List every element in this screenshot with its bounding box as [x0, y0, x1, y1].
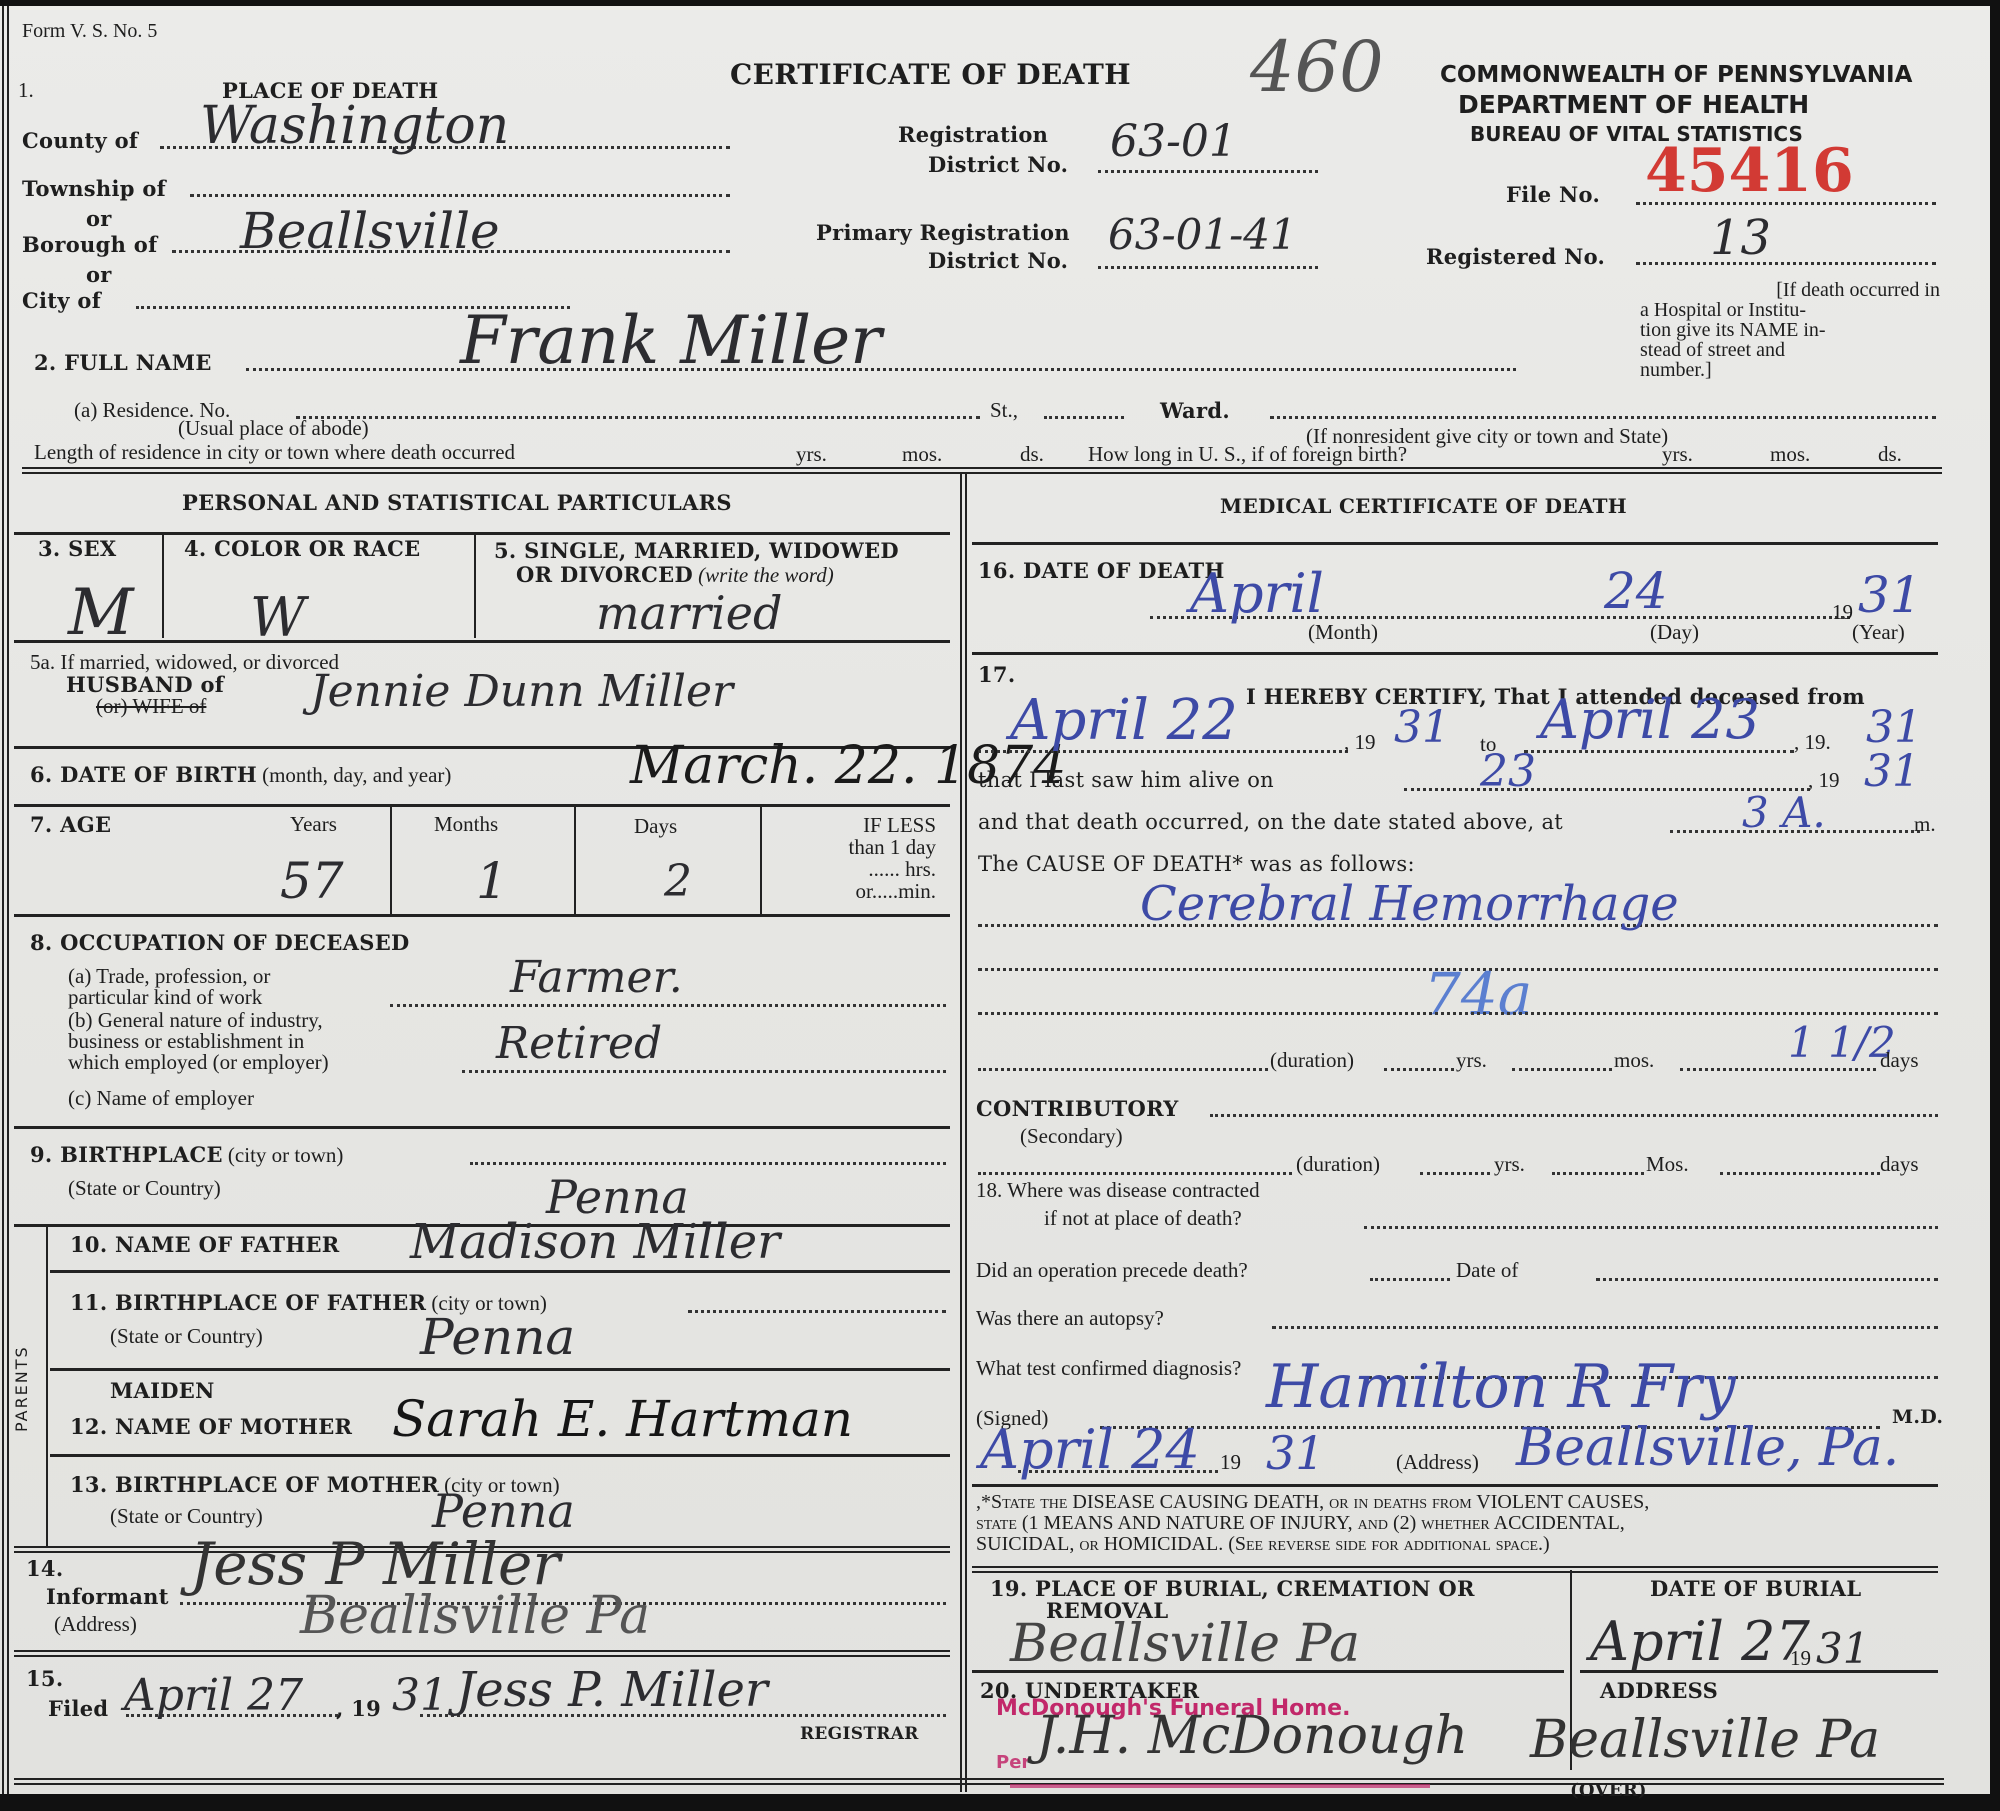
registration-district-field[interactable]: [1098, 170, 1318, 173]
yrs-label: yrs.: [796, 442, 827, 467]
registered-no-field[interactable]: [1636, 262, 1936, 265]
over-label: (OVER): [1570, 1780, 1647, 1801]
to-year-prefix: , 19.: [1794, 730, 1831, 755]
age-months-value: 1: [476, 852, 508, 910]
undertaker-signature: J.H. McDonough: [1036, 1706, 1468, 1766]
registration-district-value: 63-01: [1110, 116, 1237, 167]
stamp-underline: [1010, 1784, 1430, 1788]
operation-label: Did an operation precede death?: [976, 1258, 1248, 1283]
township-label: Township of: [22, 176, 166, 201]
months-label: Months: [434, 812, 498, 837]
divider: [390, 806, 392, 914]
section-1-number: 1.: [18, 78, 34, 103]
county-value: Washington: [200, 96, 509, 156]
last-saw-label: that I last saw him alive on: [978, 768, 1274, 792]
file-no-stamp: 45416: [1645, 136, 1854, 206]
us-ds-label: ds.: [1878, 442, 1902, 467]
mother-name-value: Sarah E. Hartman: [392, 1390, 853, 1448]
divider: [14, 914, 950, 917]
dob-label: 6. DATE OF BIRTH (month, day, and year): [30, 762, 451, 788]
years-label: Years: [290, 812, 337, 837]
month-caption: (Month): [1308, 620, 1378, 645]
operation-field[interactable]: [1370, 1278, 1450, 1281]
top-section-divider: [22, 467, 1942, 474]
burial-place-value: Beallsville Pa: [1010, 1614, 1360, 1674]
divider: [50, 1454, 950, 1457]
divider: [1580, 1670, 1938, 1673]
last-saw-value: 23: [1480, 746, 1536, 797]
primary-district-field[interactable]: [1098, 266, 1318, 269]
physician-address-value: Beallsville, Pa.: [1516, 1418, 1899, 1478]
age-label: 7. AGE: [30, 812, 111, 837]
duration2-yrs-label: yrs.: [1494, 1152, 1525, 1177]
street-field[interactable]: [1044, 416, 1124, 419]
footnote: ,*State the DISEASE CAUSING DEATH, or in…: [976, 1492, 1649, 1555]
father-name-label: 10. NAME OF FATHER: [70, 1232, 340, 1257]
birthplace-label: 9. BIRTHPLACE (city or town): [30, 1142, 343, 1168]
or-label: or: [86, 206, 112, 231]
duration-field[interactable]: [978, 1068, 1268, 1071]
employer-label: (c) Name of employer: [68, 1086, 254, 1111]
burial-year-value: 31: [1816, 1624, 1869, 1673]
undertaker-per: Per: [996, 1752, 1030, 1773]
city-label: City of: [22, 288, 101, 313]
parents-side-label: PARENTS: [12, 1345, 31, 1432]
primary-district-label: District No.: [928, 248, 1068, 273]
physician-address-label: (Address): [1396, 1450, 1479, 1475]
filed-number: 15.: [26, 1666, 63, 1691]
death-month-value: April: [1190, 562, 1324, 625]
disease-contracted-sublabel: if not at place of death?: [1044, 1206, 1242, 1231]
registration-district-label: District No.: [928, 152, 1068, 177]
divider: [14, 640, 950, 643]
or-label: or: [86, 262, 112, 287]
residence-sublabel: (Usual place of abode): [178, 416, 369, 441]
divider: [14, 804, 950, 807]
duration-yrs-field[interactable]: [1384, 1068, 1454, 1071]
duration-mos-label: mos.: [1614, 1048, 1654, 1073]
informant-label: Informant: [46, 1584, 169, 1609]
sex-label: 3. SEX: [38, 536, 117, 561]
year-caption: (Year): [1852, 620, 1905, 645]
certificate-paper: Form V. S. No. 5 CERTIFICATE OF DEATH 46…: [0, 6, 1990, 1794]
us-yrs-label: yrs.: [1662, 442, 1693, 467]
divider: [760, 806, 762, 914]
duration-yrs-label: yrs.: [1456, 1048, 1487, 1073]
filed-label: Filed: [48, 1696, 108, 1721]
mother-name-label: 12. NAME OF MOTHER: [70, 1414, 352, 1439]
occupation-b-field[interactable]: [462, 1070, 946, 1073]
signed-date-value: April 24: [980, 1418, 1200, 1481]
informant-address-value: Beallsville Pa: [300, 1586, 650, 1646]
test-diagnosis-label: What test confirmed diagnosis?: [976, 1356, 1241, 1381]
duration-mos-field[interactable]: [1512, 1068, 1612, 1071]
death-day-value: 24: [1604, 562, 1668, 620]
death-year-prefix: 19: [1832, 600, 1853, 625]
disease-contracted-label: 18. Where was disease contracted: [976, 1178, 1260, 1203]
duration2-mos-field[interactable]: [1552, 1172, 1644, 1175]
contributory-label: CONTRIBUTORY: [976, 1096, 1179, 1121]
occupation-b-value: Retired: [496, 1018, 662, 1069]
father-birthplace-field[interactable]: [688, 1310, 946, 1313]
less-than-day-label: IF LESS than 1 day ...... hrs. or.....mi…: [794, 814, 936, 902]
contributory-field[interactable]: [1210, 1114, 1938, 1117]
borough-value: Beallsville: [240, 202, 500, 260]
medical-heading: MEDICAL CERTIFICATE OF DEATH: [1220, 494, 1627, 518]
attended-from-value: April 22: [1010, 688, 1238, 753]
divider: [14, 1650, 950, 1657]
occupation-a-field[interactable]: [390, 1004, 946, 1007]
occupation-a-value: Farmer.: [510, 952, 683, 1003]
residence-field[interactable]: [296, 416, 980, 419]
marital-label: 5. SINGLE, MARRIED, WIDOWED: [494, 538, 899, 563]
primary-district-value: 63-01-41: [1108, 210, 1297, 259]
us-mos-label: mos.: [1770, 442, 1810, 467]
attended-to-value: April 23: [1540, 688, 1760, 751]
personal-heading: PERSONAL AND STATISTICAL PARTICULARS: [182, 490, 732, 515]
agency-line2: DEPARTMENT OF HEALTH: [1458, 90, 1809, 119]
death-year-value: 31: [1858, 566, 1922, 624]
signed-year-value: 31: [1266, 1426, 1325, 1480]
disease-contracted-field[interactable]: [1364, 1226, 1938, 1229]
ward-label: Ward.: [1160, 398, 1230, 423]
physician-signature: Hamilton R Fry: [1266, 1352, 1736, 1422]
form-number: Form V. S. No. 5: [22, 20, 157, 43]
hospital-note: [If death occurred in a Hospital or Inst…: [1640, 280, 1940, 380]
left-border: [2, 6, 9, 1794]
filed-date-value: April 27: [124, 1670, 303, 1721]
sex-value: M: [68, 576, 134, 650]
duration-days-field[interactable]: [1680, 1068, 1876, 1071]
divider: [574, 806, 576, 914]
autopsy-field[interactable]: [1272, 1326, 1938, 1329]
bottom-divider: [14, 1778, 1944, 1785]
mos-label: mos.: [902, 442, 942, 467]
age-years-value: 57: [280, 852, 344, 910]
cause-of-death-label: The CAUSE OF DEATH* was as follows:: [978, 852, 1415, 876]
death-time-value: 3 A.: [1742, 788, 1826, 837]
informant-number: 14.: [26, 1556, 63, 1581]
registrar-label: REGISTRAR: [800, 1724, 919, 1744]
birthplace-city-field[interactable]: [470, 1162, 946, 1165]
father-name-value: Madison Miller: [410, 1214, 780, 1270]
informant-address-label: (Address): [54, 1612, 137, 1637]
file-no-label: File No.: [1506, 182, 1600, 207]
last-saw-year-value: 31: [1864, 746, 1920, 797]
burial-date-label: DATE OF BURIAL: [1650, 1576, 1861, 1601]
spouse-value: Jennie Dunn Miller: [310, 666, 733, 717]
registrar-signature: Jess P. Miller: [456, 1662, 768, 1718]
day-caption: (Day): [1650, 620, 1699, 645]
occupation-a-label: (a) Trade, profession, or particular kin…: [68, 966, 270, 1008]
divider: [162, 534, 164, 638]
divider: [972, 1670, 1564, 1673]
county-label: County of: [22, 128, 138, 153]
registration-label: Registration: [898, 122, 1048, 147]
filed-year-prefix: , 19: [336, 1696, 381, 1721]
occupation-b-label: (b) General nature of industry, business…: [68, 1010, 329, 1073]
wife-of-label: (or) WIFE of: [96, 694, 206, 719]
occupation-label: 8. OCCUPATION OF DECEASED: [30, 930, 410, 955]
burial-year-prefix: 19: [1790, 1646, 1811, 1671]
duration2-yrs-field[interactable]: [1420, 1172, 1490, 1175]
primary-registration-label: Primary Registration: [816, 220, 1070, 245]
race-label: 4. COLOR OR RACE: [184, 536, 420, 561]
divider: [50, 1270, 950, 1273]
divider: [972, 652, 1938, 655]
undertaker-address-label: ADDRESS: [1600, 1678, 1718, 1703]
undertaker-address-value: Beallsville Pa: [1530, 1710, 1880, 1770]
duration2-label: (duration): [1296, 1152, 1380, 1177]
length-of-residence-label: Length of residence in city or town wher…: [34, 440, 515, 465]
father-state-label: (State or Country): [110, 1324, 263, 1349]
cause-of-death-value: Cerebral Hemorrhage: [1140, 876, 1679, 932]
birthplace-state-label: (State or Country): [68, 1176, 221, 1201]
date-of-death-label: 16. DATE OF DEATH: [978, 558, 1225, 583]
annotation-number: 460: [1250, 26, 1384, 108]
section-17-number: 17.: [978, 662, 1015, 687]
cause-code: 74a: [1424, 960, 1532, 1028]
autopsy-label: Was there an autopsy?: [976, 1306, 1164, 1331]
death-time-label: and that death occurred, on the date sta…: [978, 810, 1563, 834]
from-year-value: 31: [1394, 702, 1450, 753]
divider: [972, 1484, 1938, 1487]
township-field[interactable]: [190, 194, 730, 197]
registered-no-value: 13: [1710, 210, 1771, 266]
page-title: CERTIFICATE OF DEATH: [730, 58, 1131, 91]
full-name-value: Frank Miller: [460, 302, 882, 379]
operation-date-label: Date of: [1456, 1258, 1518, 1283]
marital-sublabel: OR DIVORCED (write the word): [516, 562, 834, 588]
father-birthplace-value: Penna: [420, 1308, 575, 1366]
duration2-days-label: days: [1880, 1152, 1919, 1177]
center-column-divider: [960, 474, 967, 1792]
burial-date-value: April 27: [1590, 1610, 1810, 1673]
cause-line-3[interactable]: [978, 1012, 1938, 1015]
duration2-days-field[interactable]: [1720, 1172, 1880, 1175]
mother-state-label: (State or Country): [110, 1504, 263, 1529]
duration-label: (duration): [1270, 1048, 1354, 1073]
duration-days-label: days: [1880, 1048, 1919, 1073]
marital-value: married: [596, 586, 782, 640]
divider: [50, 1368, 950, 1371]
parents-divider: [46, 1226, 48, 1548]
maiden-label: MAIDEN: [110, 1378, 215, 1403]
age-days-value: 2: [664, 856, 692, 907]
divider: [14, 532, 950, 535]
borough-label: Borough of: [22, 232, 157, 257]
signed-year-prefix: 19: [1220, 1450, 1241, 1475]
divider: [474, 534, 476, 638]
duration2-mos-label: Mos.: [1646, 1152, 1689, 1177]
operation-date-field[interactable]: [1596, 1278, 1938, 1281]
ward-field[interactable]: [1270, 416, 1936, 419]
street-label: St.,: [990, 398, 1018, 423]
registered-no-label: Registered No.: [1426, 244, 1605, 269]
foreign-birth-label: How long in U. S., if of foreign birth?: [1088, 442, 1407, 467]
ds-label: ds.: [1020, 442, 1044, 467]
divider: [972, 1566, 1938, 1573]
secondary-label: (Secondary): [1020, 1124, 1123, 1149]
death-time-suffix: m.: [1914, 812, 1936, 837]
divider: [14, 1126, 950, 1129]
days-label: Days: [634, 814, 677, 839]
full-name-label: 2. FULL NAME: [34, 350, 212, 375]
agency-line1: COMMONWEALTH OF PENNSYLVANIA: [1440, 62, 1912, 88]
duration2-field[interactable]: [978, 1172, 1292, 1175]
md-label: M.D.: [1892, 1406, 1943, 1428]
from-year-prefix: , 19: [1344, 730, 1376, 755]
divider: [972, 542, 1938, 545]
